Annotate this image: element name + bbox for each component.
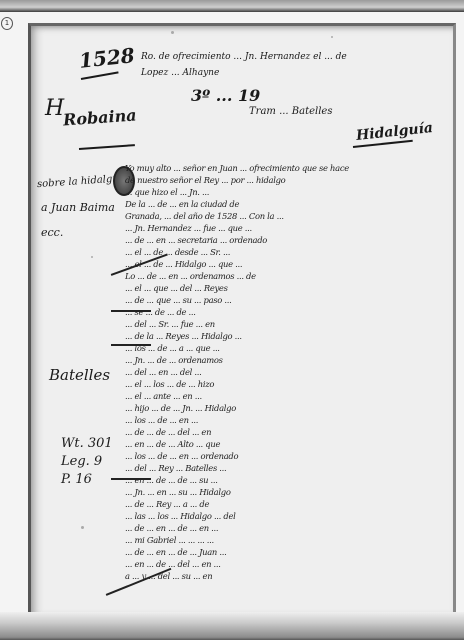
margin-note-2: a Juan Baima [41,201,115,214]
body-line: ... de la ... Reyes ... Hidalgo ... [125,331,435,341]
body-line: ... de ... de ... del ... en [125,427,435,437]
paper-speck [81,526,84,529]
page-marker: 1 [1,17,13,30]
reference-number: 3º ... 19 [191,86,260,105]
body-line: ... en ... de ... del ... en ... [125,559,435,569]
archive-ref-page: P. 16 [61,472,92,487]
body-line: a ... y ... del ... su ... en [125,571,435,581]
scanner-top-edge [0,0,464,12]
archive-ref-legajo: Wt. 301 [61,436,113,451]
body-line: De la ... de ... en la ciudad de [125,199,435,209]
paper-speck [171,31,174,34]
year-heading: 1528 [78,43,136,73]
body-line: Granada, ... del año de 1528 ... Con la … [125,211,435,221]
body-line: ... se ... de ... de ... [125,307,435,317]
body-line: ... del ... Rey ... Batelles ... [125,463,435,473]
body-line: ... que hizo el ... Jn. ... [125,187,425,197]
manuscript-body: Yo muy alto ... señor en Juan ... ofreci… [125,163,445,593]
body-line: ... en ... de ... de ... su ... [125,475,435,485]
body-line: ... Jn. ... en ... su ... Hidalgo [125,487,435,497]
body-line: ... los ... de ... en ... ordenado [125,451,435,461]
body-line: de nuestro señor el Rey ... por ... hida… [125,175,425,185]
body-line: ... Jn. Hernandez ... fue ... que ... [125,223,435,233]
body-line: ... las ... los ... Hidalgo ... del [125,511,435,521]
year-underline [81,71,119,80]
body-line: ... el ... de ... desde ... Sr. ... [125,247,435,257]
header-line-1: Ro. de ofrecimiento ... Jn. Hernandez el… [141,52,347,62]
body-line: ... del ... en ... del ... [125,367,435,377]
body-line: ... los ... de ... en ... [125,415,435,425]
cross-mark: H [45,96,64,121]
margin-note-3: ecc. [41,226,63,239]
scanner-bottom-edge [0,612,464,640]
body-line: ... hijo ... de ... Jn. ... Hidalgo [125,403,435,413]
body-line: ... de ... Rey ... a ... de [125,499,435,509]
body-line: ... el ... de ... Hidalgo ... que ... [125,259,435,269]
body-line: Lo ... de ... en ... ordenamos ... de [125,271,435,281]
archive-ref-leg: Leg. 9 [61,454,102,469]
body-line: ... el ... que ... del ... Reyes [125,283,435,293]
body-line: ... el ... ante ... en ... [125,391,435,401]
body-line: ... de ... en ... de ... Juan ... [125,547,435,557]
body-line: ... en ... de ... Alto ... que [125,439,435,449]
body-line: ... del ... Sr. ... fue ... en [125,319,435,329]
body-line: ... el ... los ... de ... hizo [125,379,435,389]
paper-speck [91,256,93,258]
body-line: ... de ... que ... su ... paso ... [125,295,435,305]
body-line: ... los ... de ... a ... que ... [125,343,435,353]
margin-name-underline [79,144,135,150]
body-line: ... Jn. ... de ... ordenamos [125,355,435,365]
body-line: Yo muy alto ... señor en Juan ... ofreci… [125,163,435,173]
body-line: ... de ... en ... secretaria ... ordenad… [125,235,435,245]
margin-battles: Batelles [49,366,110,384]
subtitle: Tram ... Batelles [249,106,332,117]
margin-name: Robaina [62,105,137,129]
right-heading: Hidalguía [355,120,433,144]
header-line-2: Lopez ... Alhayne [141,68,219,78]
paper-speck [331,36,333,38]
body-line: ... mi Gabriel ... ... ... ... [125,535,435,545]
body-line: ... de ... en ... de ... en ... [125,523,435,533]
